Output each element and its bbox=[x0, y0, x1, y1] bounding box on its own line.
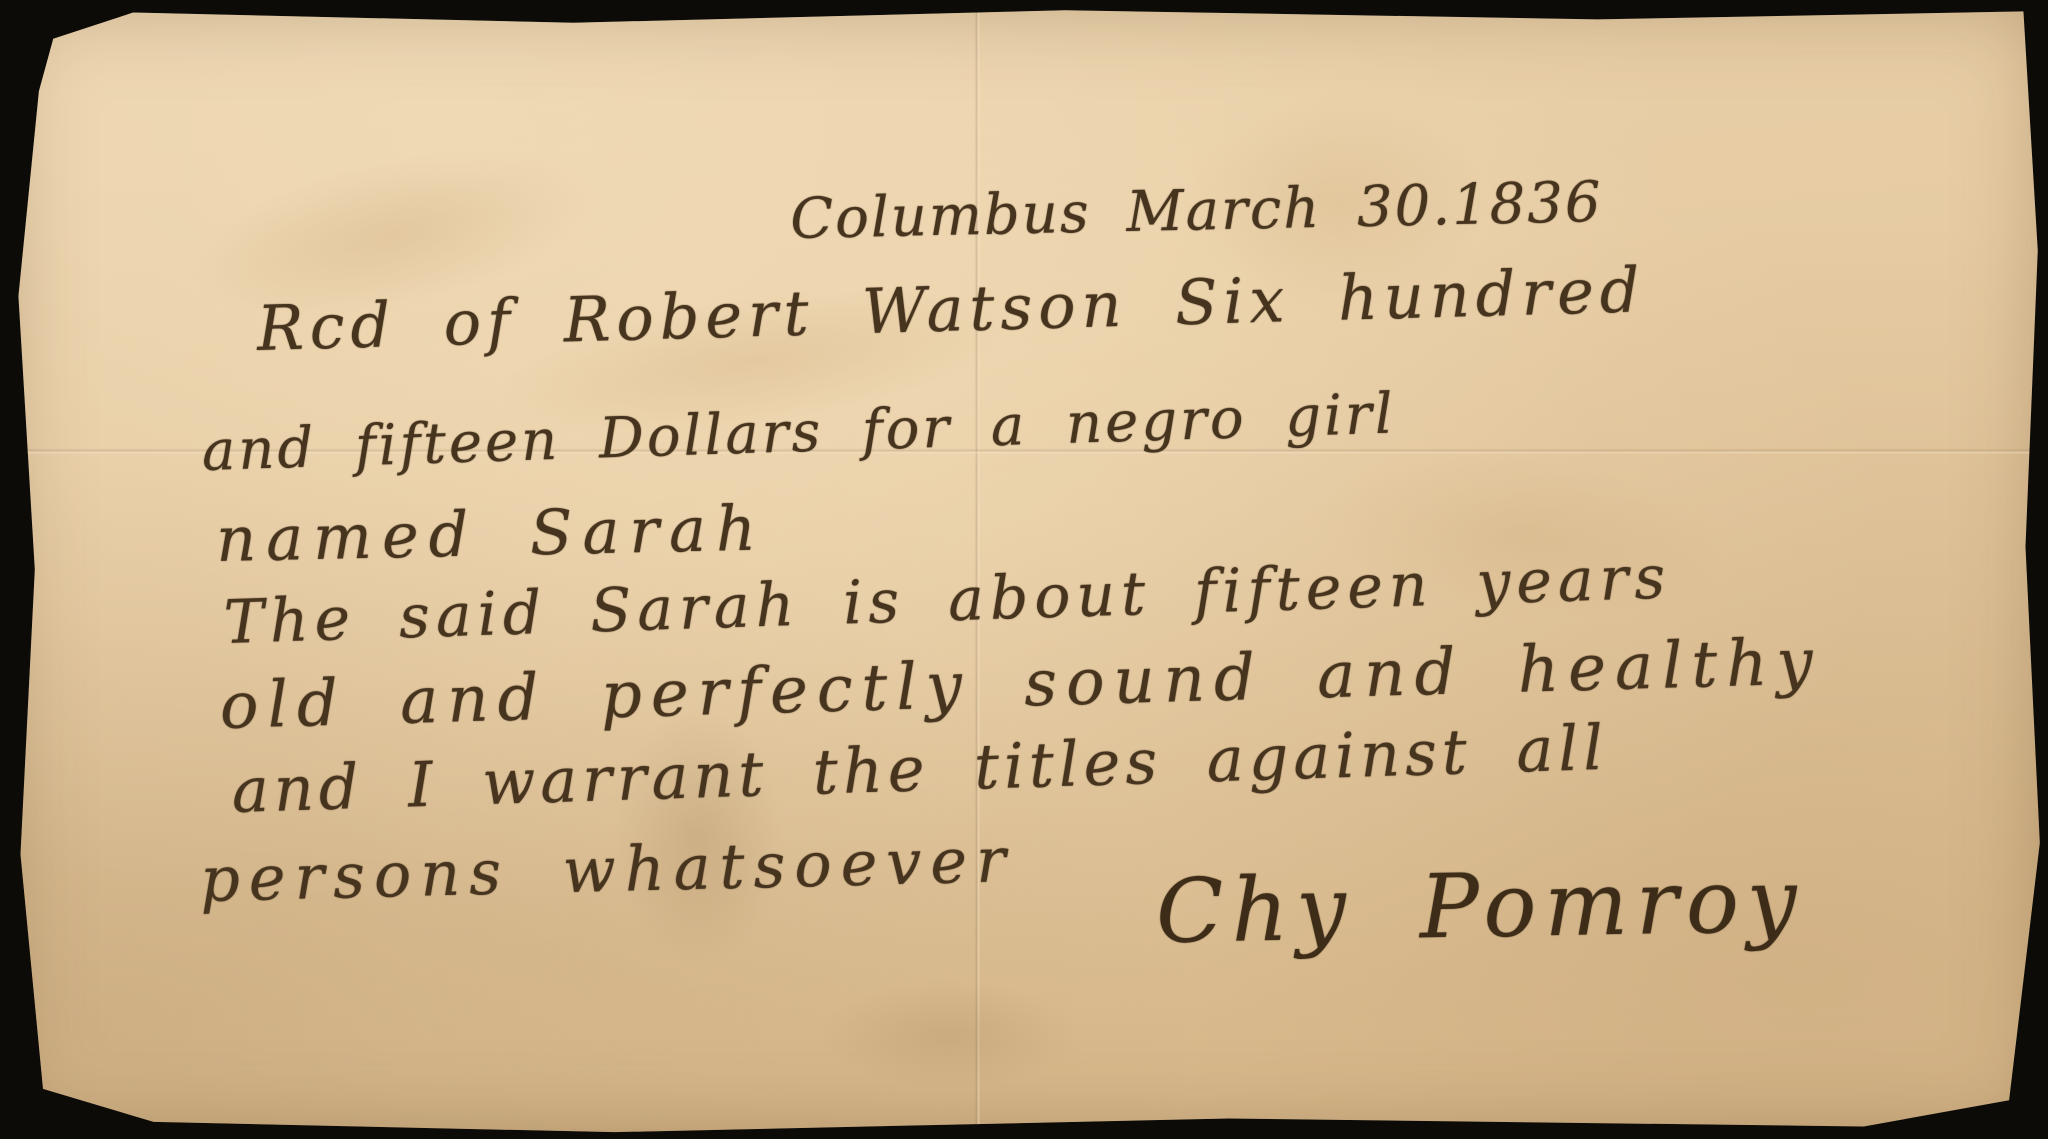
photo-background: Columbus March 30.1836 Rcd of Robert Wat… bbox=[0, 0, 2048, 1139]
document-paper: Columbus March 30.1836 Rcd of Robert Wat… bbox=[0, 0, 2048, 1139]
dateline: Columbus March 30.1836 bbox=[789, 170, 1603, 252]
paper-stain bbox=[819, 980, 1079, 1090]
handwritten-line: Rcd of Robert Watson Six hundred bbox=[256, 253, 1646, 365]
signature: Chy Pomroy bbox=[1155, 849, 1805, 963]
handwritten-line: named Sarah bbox=[216, 492, 767, 576]
handwritten-line: persons whatsoever bbox=[199, 823, 1015, 916]
handwritten-line: and fifteen Dollars for a negro girl bbox=[201, 382, 1397, 484]
